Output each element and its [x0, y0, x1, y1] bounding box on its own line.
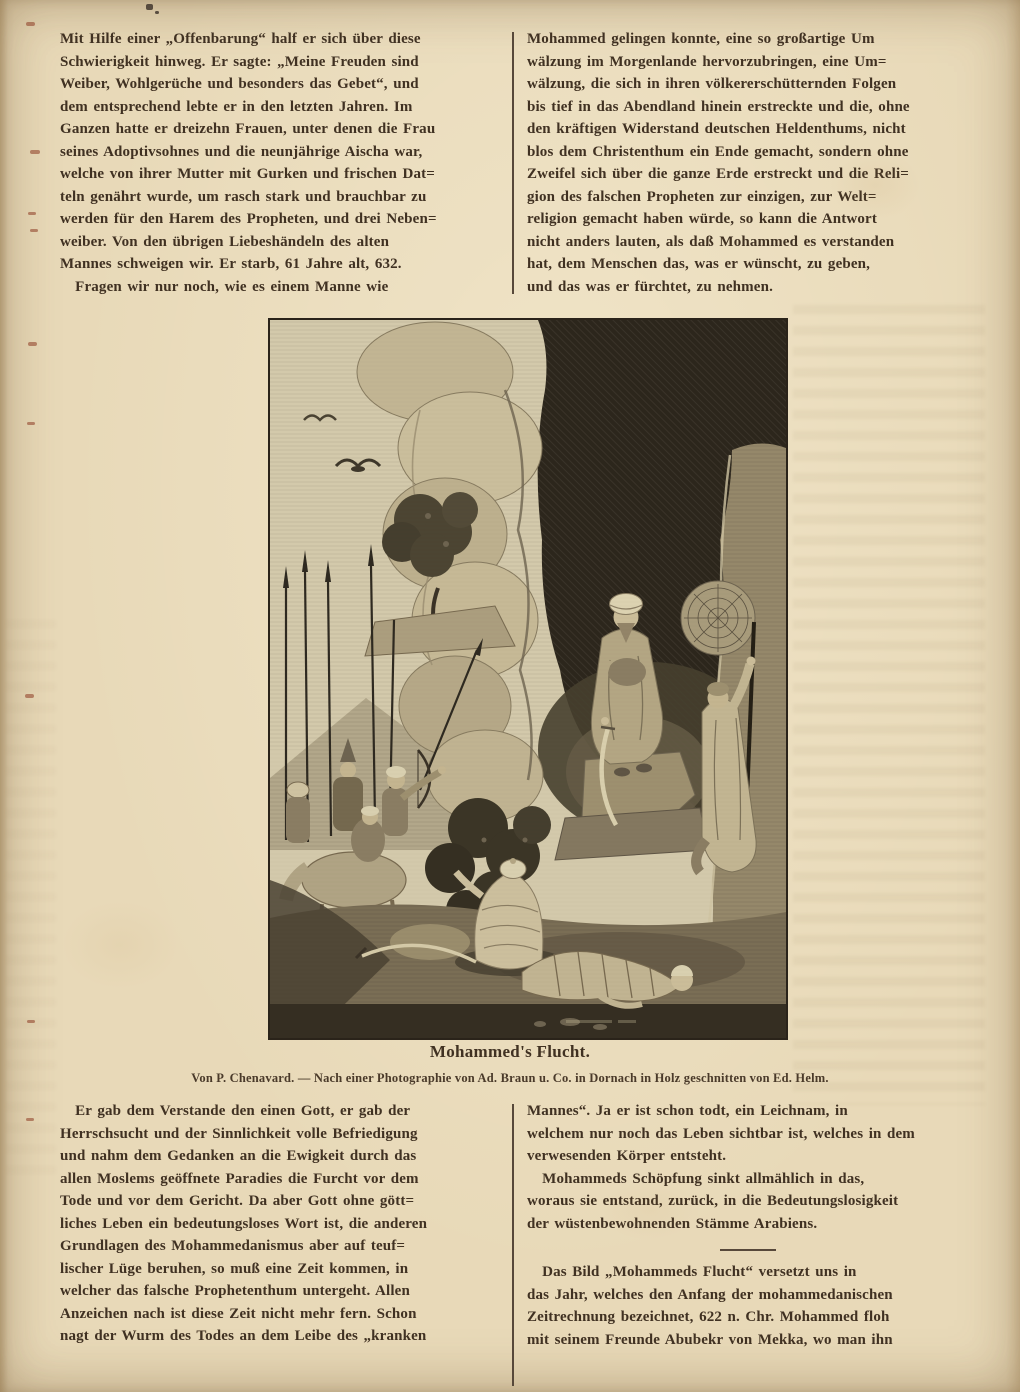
ink-speck — [30, 150, 40, 154]
ink-speck — [146, 4, 153, 10]
article-column-top-right: Mohammed gelingen konnte, eine so großar… — [527, 28, 971, 300]
ink-speck — [30, 229, 38, 232]
column-divider-bottom — [512, 1104, 514, 1386]
paper-stain — [60, 900, 180, 990]
ink-speck — [27, 422, 35, 425]
illustration-title: Mohammed's Flucht. — [0, 1042, 1020, 1062]
ink-speck — [25, 694, 34, 698]
engraving-texture — [270, 320, 786, 1038]
article-column-bottom-left: Er gab dem Verstande den einen Gott, er … — [60, 1100, 510, 1352]
ink-speck — [28, 212, 36, 215]
article-column-bottom-right-upper: Mannes“. Ja er ist schon todt, ein Leich… — [527, 1100, 971, 1238]
page-bleedthrough-left — [6, 620, 56, 1180]
ink-speck — [28, 342, 37, 346]
article-column-top-left: Mit Hilfe einer „Offenbarung“ half er si… — [60, 28, 510, 300]
ink-speck — [26, 22, 35, 26]
ink-speck — [26, 1118, 34, 1121]
column-divider-top — [512, 32, 514, 294]
illustration-credit: Von P. Chenavard. — Nach einer Photograp… — [0, 1071, 1020, 1086]
article-column-bottom-right-lower: Das Bild „Mohammeds Flucht“ versetzt uns… — [527, 1261, 971, 1356]
ink-speck — [155, 11, 159, 14]
page-bleedthrough-right — [793, 305, 985, 1105]
section-divider — [720, 1249, 776, 1251]
ink-speck — [27, 1020, 35, 1023]
engraving-mohammeds-flucht — [268, 318, 788, 1040]
